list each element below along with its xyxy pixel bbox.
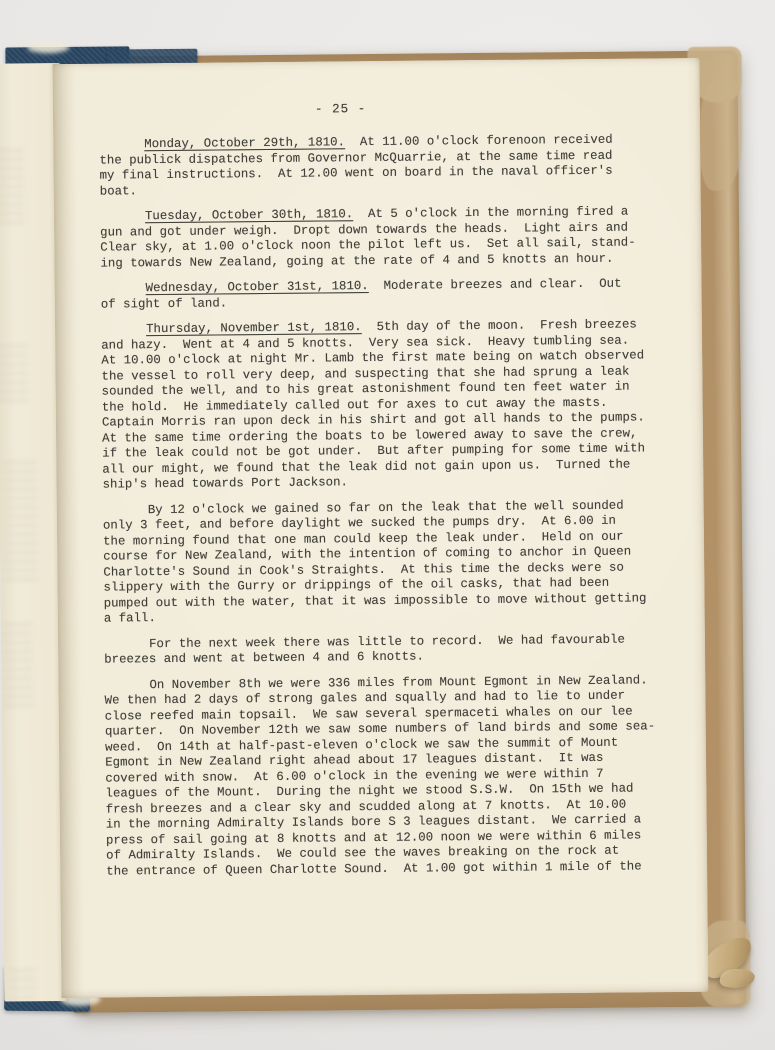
showthrough-text-blur bbox=[0, 345, 29, 403]
entry-body-text: For the next week there was little to re… bbox=[104, 632, 625, 666]
journal-paragraph: On November 8th we were 336 miles from M… bbox=[104, 672, 718, 879]
book: - 25 - Monday, October 29th, 1810. At 11… bbox=[0, 40, 750, 1021]
entry-date-heading: Tuesday, October 30th, 1810. bbox=[145, 207, 353, 223]
journal-paragraph: Wednesday, October 31st, 1810. Moderate … bbox=[101, 276, 713, 313]
journal-paragraph: By 12 o'clock we gained so far on the le… bbox=[103, 497, 716, 627]
showthrough-text-blur bbox=[3, 461, 38, 581]
journal-paragraph: Monday, October 29th, 1810. At 11.00 o'c… bbox=[99, 132, 712, 200]
entry-body-text: By 12 o'clock we gained so far on the le… bbox=[103, 498, 647, 625]
entry-date-heading: Monday, October 29th, 1810. bbox=[144, 135, 345, 151]
journal-paragraph: Thursday, November 1st, 1810. 5th day of… bbox=[101, 317, 715, 493]
entry-date-heading: Thursday, November 1st, 1810. bbox=[146, 320, 362, 336]
photo-backdrop: - 25 - Monday, October 29th, 1810. At 11… bbox=[0, 0, 775, 1050]
showthrough-text-blur bbox=[0, 149, 25, 227]
journal-paragraph: For the next week there was little to re… bbox=[104, 631, 716, 668]
showthrough-text-blur bbox=[10, 969, 36, 999]
showthrough-text-blur bbox=[3, 623, 34, 709]
page-text: Monday, October 29th, 1810. At 11.00 o'c… bbox=[99, 132, 718, 880]
entry-body-text: 5th day of the moon. Fresh breezes and h… bbox=[101, 317, 645, 491]
journal-paragraph: Tuesday, October 30th, 1810. At 5 o'cloc… bbox=[100, 204, 713, 272]
page-number: - 25 - bbox=[315, 102, 366, 116]
entry-body-text: On November 8th we were 336 miles from M… bbox=[105, 673, 656, 878]
entry-date-heading: Wednesday, October 31st, 1810. bbox=[146, 279, 369, 295]
document-page: - 25 - Monday, October 29th, 1810. At 11… bbox=[53, 58, 709, 998]
